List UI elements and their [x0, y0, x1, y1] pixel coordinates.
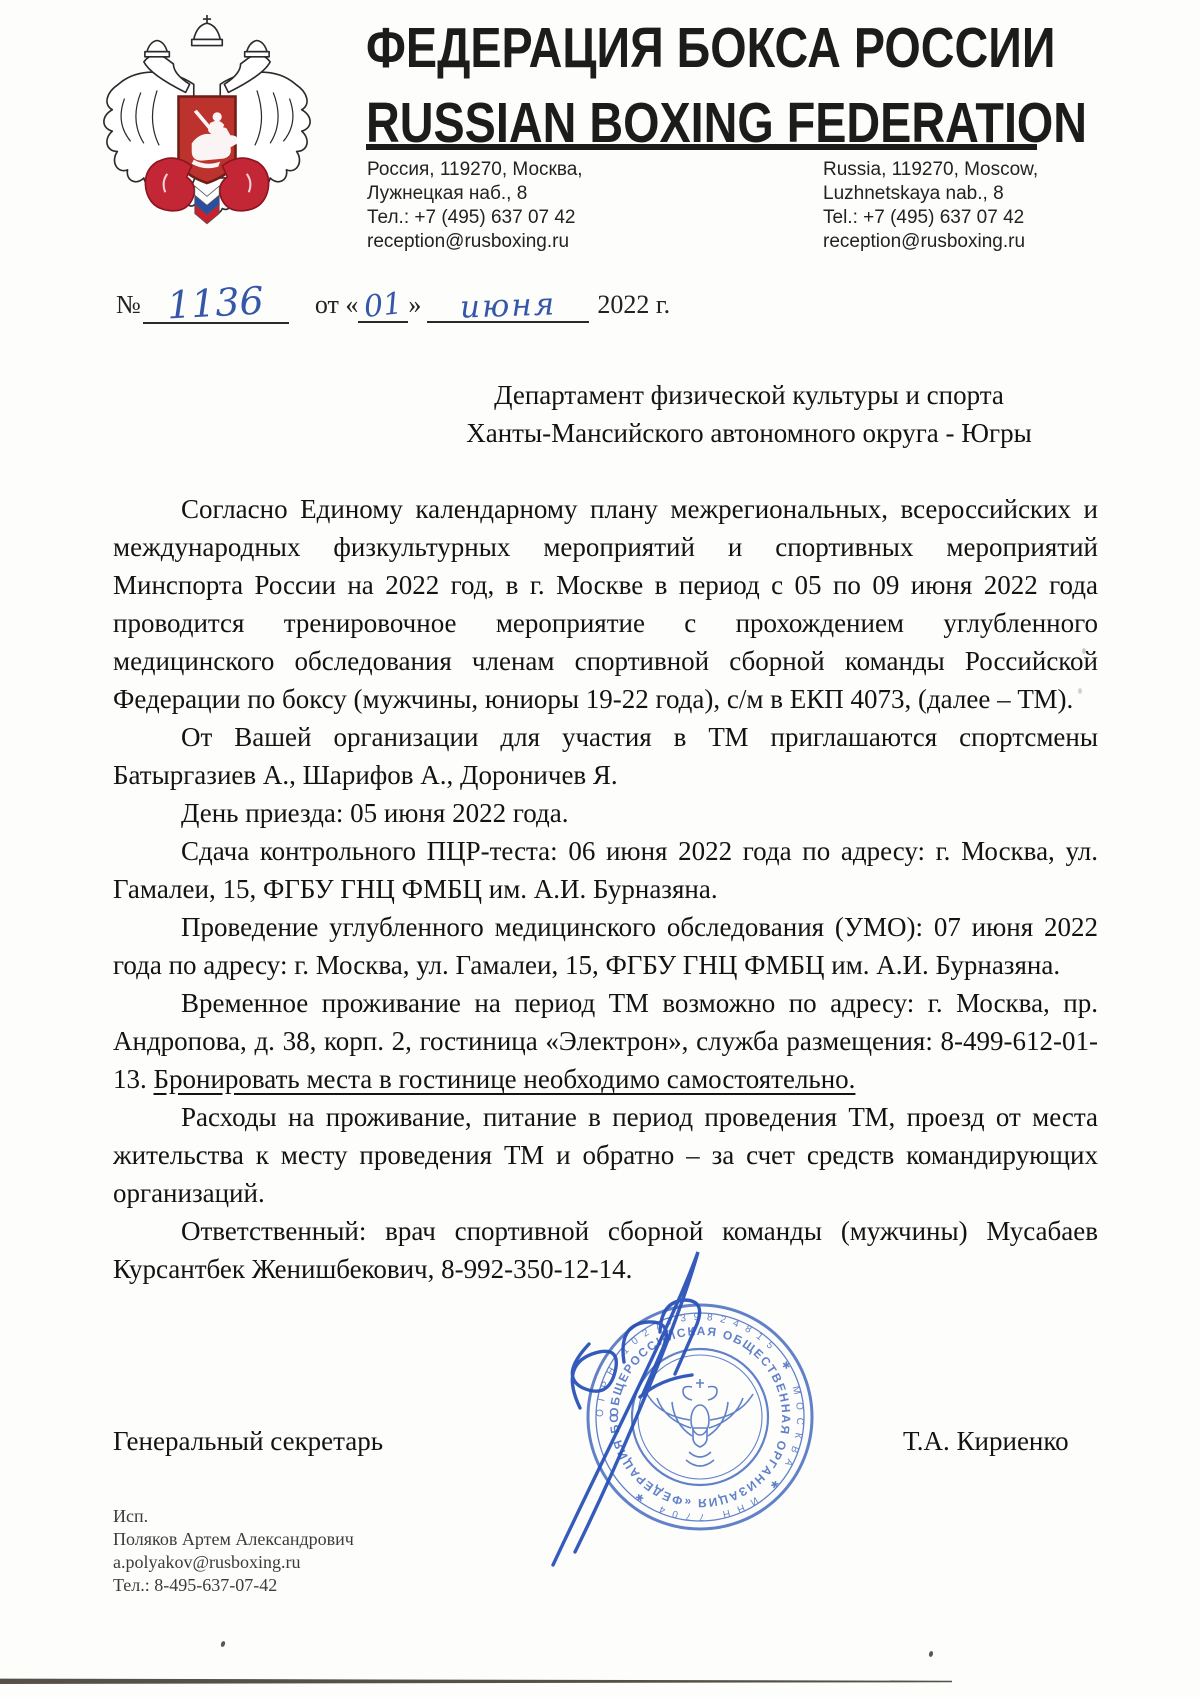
letter-body: Согласно Единому календарному плану межр… — [113, 490, 1098, 1288]
signer-name: Т.А. Кириенко — [903, 1426, 1069, 1457]
address-ru-line: Тел.: +7 (495) 637 07 42 — [367, 206, 583, 230]
header-rule — [366, 144, 1037, 150]
stamp-and-signature: ОГРН 1027739824815 ✱ МОСКВА ✱ ИНН 7704 ✱… — [520, 1212, 860, 1592]
executor-email: a.polyakov@rusboxing.ru — [113, 1551, 354, 1574]
ref-month-handwritten: июня — [460, 286, 557, 325]
signer-title: Генеральный секретарь — [113, 1426, 383, 1457]
paragraph-ekp: Согласно Единому календарному плану межр… — [113, 490, 1098, 718]
scan-speck — [928, 1651, 933, 1658]
stamp-eagle-icon — [647, 1379, 753, 1466]
ref-number-handwritten: 1136 — [166, 278, 265, 327]
ref-year-label: 2022 г. — [597, 290, 670, 320]
ref-from-label: от — [315, 290, 339, 320]
executor-block: Исп. Поляков Артем Александрович a.polya… — [113, 1505, 354, 1597]
scan-speck — [1082, 648, 1086, 654]
address-ru-line: reception@rusboxing.ru — [367, 230, 583, 254]
address-ru: Россия, 119270, Москва, Лужнецкая наб., … — [367, 158, 583, 254]
address-en-line: reception@rusboxing.ru — [823, 230, 1038, 254]
ref-number-label: № — [116, 290, 141, 320]
crown-icons — [145, 15, 269, 57]
ref-number-blank: 1136 — [143, 278, 289, 324]
addressee-line1: Департамент физической культуры и спорта — [398, 376, 1100, 414]
ref-day-blank: 01 — [358, 286, 408, 323]
executor-phone: Тел.: 8-495-637-07-42 — [113, 1574, 354, 1597]
org-title-ru: ФЕДЕРАЦИЯ БОКСА РОССИИ — [366, 18, 1055, 78]
paragraph-pcr-test: Сдача контрольного ПЦР-теста: 06 июня 20… — [113, 832, 1098, 908]
paragraph-hotel: Временное проживание на период ТМ возмож… — [113, 984, 1098, 1098]
ref-quote-open: « — [345, 290, 358, 320]
paragraph-expenses: Расходы на проживание, питание в период … — [113, 1098, 1098, 1212]
paragraph-umo: Проведение углубленного медицинского обс… — [113, 908, 1098, 984]
scan-speck — [220, 1640, 226, 1647]
address-ru-line: Россия, 119270, Москва, — [367, 158, 583, 182]
round-stamp-icon: ОГРН 1027739824815 ✱ МОСКВА ✱ ИНН 7704 ✱… — [520, 1212, 812, 1529]
paragraph-invited-athletes: От Вашей организации для участия в ТМ пр… — [113, 718, 1098, 794]
scanned-letter-page: ФЕДЕРАЦИЯ БОКСА РОССИИ RUSSIAN BOXING FE… — [0, 0, 1200, 1697]
executor-name: Поляков Артем Александрович — [113, 1528, 354, 1551]
scan-edge-shadow — [0, 1678, 952, 1684]
scan-speck — [1078, 688, 1082, 694]
address-en-line: Tel.: +7 (495) 637 07 42 — [823, 206, 1038, 230]
rbf-emblem-icon — [96, 10, 318, 238]
address-en-line: Russia, 119270, Moscow, — [823, 158, 1038, 182]
address-en-line: Luzhnetskaya nab., 8 — [823, 182, 1038, 206]
ref-month-blank: июня — [427, 285, 589, 323]
addressee-line2: Ханты-Мансийского автономного округа - Ю… — [398, 414, 1100, 452]
address-en: Russia, 119270, Moscow, Luzhnetskaya nab… — [823, 158, 1038, 254]
hotel-booking-underlined: Бронировать места в гостинице необходимо… — [154, 1064, 856, 1094]
ref-quote-close: » — [408, 290, 421, 320]
executor-label: Исп. — [113, 1505, 354, 1528]
ref-line: №1136от «01»июня2022 г. — [116, 278, 670, 324]
ref-day-handwritten: 01 — [363, 286, 405, 325]
paragraph-arrival-day: День приезда: 05 июня 2022 года. — [113, 794, 1098, 832]
addressee-block: Департамент физической культуры и спорта… — [398, 376, 1100, 452]
address-ru-line: Лужнецкая наб., 8 — [367, 182, 583, 206]
